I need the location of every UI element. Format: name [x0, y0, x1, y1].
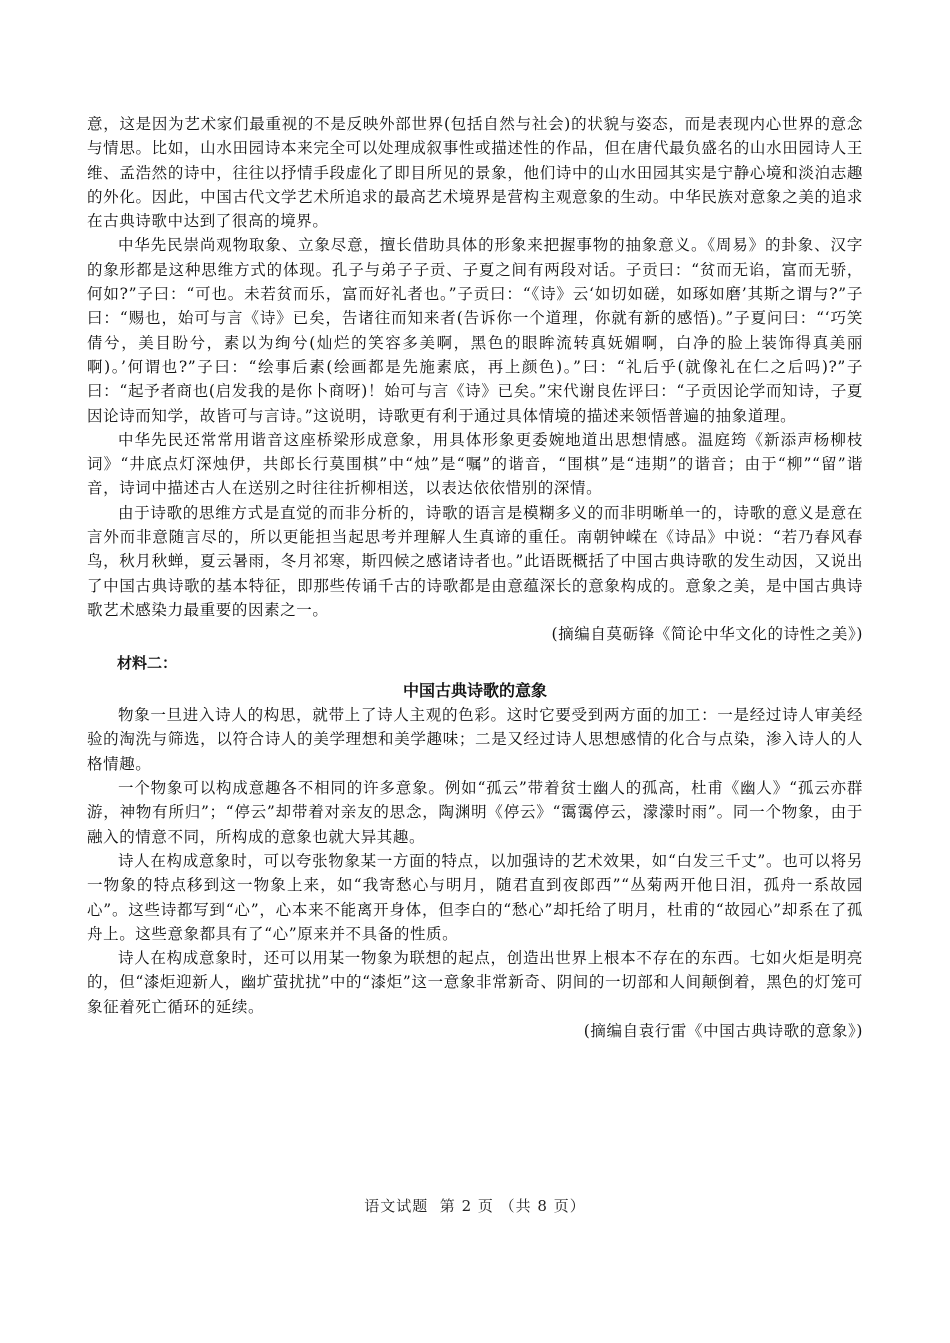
citation: (摘编自莫砺锋《简论中华文化的诗性之美》) [87, 622, 863, 646]
paragraph: 由于诗歌的思维方式是直觉的而非分析的，诗歌的语言是模糊多义的而非明晰单一的，诗歌… [87, 501, 863, 622]
paragraph: 诗人在构成意象时，还可以用某一物象为联想的起点，创造出世界上根本不存在的东西。七… [87, 946, 863, 1019]
section-title: 中国古典诗歌的意象 [87, 679, 863, 703]
paragraph: 中华先民崇尚观物取象、立象尽意，擅长借助具体的形象来把握事物的抽象意义。《周易》… [87, 233, 863, 427]
paragraph: 物象一旦进入诗人的构思，就带上了诗人主观的色彩。这时它要受到两方面的加工：一是经… [87, 703, 863, 776]
paragraph: 诗人在构成意象时，可以夸张物象某一方面的特点，以加强诗的艺术效果，如“白发三千丈… [87, 849, 863, 946]
paragraph: 一个物象可以构成意趣各不相同的许多意象。例如“孤云”带着贫士幽人的孤高，杜甫《幽… [87, 776, 863, 849]
page-footer: 语文试题 第 2 页 （共 8 页） [0, 1195, 950, 1216]
exam-page-body: 意，这是因为艺术家们最重视的不是反映外部世界(包括自然与社会)的状貌与姿态，而是… [87, 112, 863, 1043]
citation: (摘编自袁行雷《中国古典诗歌的意象》) [87, 1019, 863, 1043]
paragraph: 意，这是因为艺术家们最重视的不是反映外部世界(包括自然与社会)的状貌与姿态，而是… [87, 112, 863, 233]
section-label: 材料二： [87, 651, 863, 675]
paragraph: 中华先民还常常用谐音这座桥梁形成意象，用具体形象更委婉地道出思想情感。温庭筠《新… [87, 428, 863, 501]
